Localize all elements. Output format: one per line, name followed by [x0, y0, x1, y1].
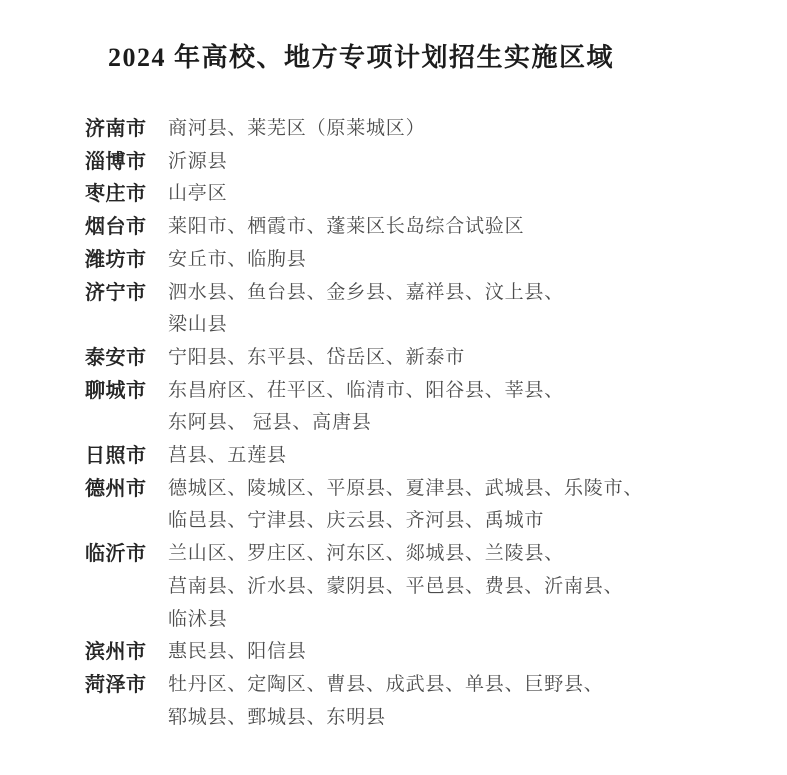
table-row: 德州市 德城区、陵城区、平原县、夏津县、武城县、乐陵市、临邑县、宁津县、庆云县、…: [85, 473, 745, 538]
table-row: 济南市 商河县、莱芜区（原莱城区）: [85, 113, 745, 146]
region-line: 德城区、陵城区、平原县、夏津县、武城县、乐陵市、: [168, 473, 745, 506]
table-row: 泰安市 宁阳县、东平县、岱岳区、新泰市: [85, 342, 745, 375]
city-name: 日照市: [85, 440, 168, 473]
region-line: 牡丹区、定陶区、曹县、成武县、单县、巨野县、: [168, 669, 745, 702]
table-row: 济宁市 泗水县、鱼台县、金乡县、嘉祥县、汶上县、梁山县: [85, 277, 745, 342]
region-line: 安丘市、临朐县: [168, 244, 745, 277]
table-row: 日照市 莒县、五莲县: [85, 440, 745, 473]
region-list: 惠民县、阳信县: [168, 636, 745, 669]
region-list: 沂源县: [168, 146, 745, 179]
table-row: 淄博市 沂源县: [85, 146, 745, 179]
city-name: 滨州市: [85, 636, 168, 669]
city-name: 济南市: [85, 113, 168, 146]
region-list: 东昌府区、茌平区、临清市、阳谷县、莘县、东阿县、 冠县、高唐县: [168, 375, 745, 440]
region-line: 郓城县、鄄城县、东明县: [168, 702, 745, 735]
table-row: 聊城市 东昌府区、茌平区、临清市、阳谷县、莘县、东阿县、 冠县、高唐县: [85, 375, 745, 440]
region-list: 牡丹区、定陶区、曹县、成武县、单县、巨野县、郓城县、鄄城县、东明县: [168, 669, 745, 734]
table-row: 菏泽市 牡丹区、定陶区、曹县、成武县、单县、巨野县、郓城县、鄄城县、东明县: [85, 669, 745, 734]
table-row: 烟台市 莱阳市、栖霞市、蓬莱区长岛综合试验区: [85, 211, 745, 244]
region-line: 商河县、莱芜区（原莱城区）: [168, 113, 745, 146]
region-list: 山亭区: [168, 178, 745, 211]
region-line: 莱阳市、栖霞市、蓬莱区长岛综合试验区: [168, 211, 745, 244]
city-name: 聊城市: [85, 375, 168, 408]
region-line: 泗水县、鱼台县、金乡县、嘉祥县、汶上县、: [168, 277, 745, 310]
city-name: 德州市: [85, 473, 168, 506]
table-row: 滨州市 惠民县、阳信县: [85, 636, 745, 669]
region-line: 东昌府区、茌平区、临清市、阳谷县、莘县、: [168, 375, 745, 408]
region-list: 安丘市、临朐县: [168, 244, 745, 277]
region-line: 东阿县、 冠县、高唐县: [168, 407, 745, 440]
region-list: 兰山区、罗庄区、河东区、郯城县、兰陵县、莒南县、沂水县、蒙阴县、平邑县、费县、沂…: [168, 538, 745, 636]
city-name: 临沂市: [85, 538, 168, 571]
document-page: 2024 年高校、地方专项计划招生实施区域 济南市 商河县、莱芜区（原莱城区） …: [0, 0, 787, 775]
region-list: 德城区、陵城区、平原县、夏津县、武城县、乐陵市、临邑县、宁津县、庆云县、齐河县、…: [168, 473, 745, 538]
region-line: 梁山县: [168, 309, 745, 342]
table-row: 枣庄市 山亭区: [85, 178, 745, 211]
region-line: 莒县、五莲县: [168, 440, 745, 473]
region-line: 临邑县、宁津县、庆云县、齐河县、禹城市: [168, 505, 745, 538]
city-name: 枣庄市: [85, 178, 168, 211]
city-name: 济宁市: [85, 277, 168, 310]
city-name: 菏泽市: [85, 669, 168, 702]
document-title: 2024 年高校、地方专项计划招生实施区域: [108, 41, 614, 75]
city-name: 烟台市: [85, 211, 168, 244]
region-line: 莒南县、沂水县、蒙阴县、平邑县、费县、沂南县、: [168, 571, 745, 604]
region-list: 泗水县、鱼台县、金乡县、嘉祥县、汶上县、梁山县: [168, 277, 745, 342]
region-list: 莱阳市、栖霞市、蓬莱区长岛综合试验区: [168, 211, 745, 244]
city-name: 淄博市: [85, 146, 168, 179]
region-line: 惠民县、阳信县: [168, 636, 745, 669]
region-list: 宁阳县、东平县、岱岳区、新泰市: [168, 342, 745, 375]
table-row: 潍坊市 安丘市、临朐县: [85, 244, 745, 277]
region-line: 沂源县: [168, 146, 745, 179]
region-line: 临沭县: [168, 604, 745, 637]
region-line: 宁阳县、东平县、岱岳区、新泰市: [168, 342, 745, 375]
region-list: 莒县、五莲县: [168, 440, 745, 473]
city-name: 潍坊市: [85, 244, 168, 277]
region-list: 商河县、莱芜区（原莱城区）: [168, 113, 745, 146]
region-table: 济南市 商河县、莱芜区（原莱城区） 淄博市 沂源县 枣庄市 山亭区 烟台市 莱阳…: [85, 113, 745, 734]
city-name: 泰安市: [85, 342, 168, 375]
region-line: 兰山区、罗庄区、河东区、郯城县、兰陵县、: [168, 538, 745, 571]
region-line: 山亭区: [168, 178, 745, 211]
table-row: 临沂市 兰山区、罗庄区、河东区、郯城县、兰陵县、莒南县、沂水县、蒙阴县、平邑县、…: [85, 538, 745, 636]
